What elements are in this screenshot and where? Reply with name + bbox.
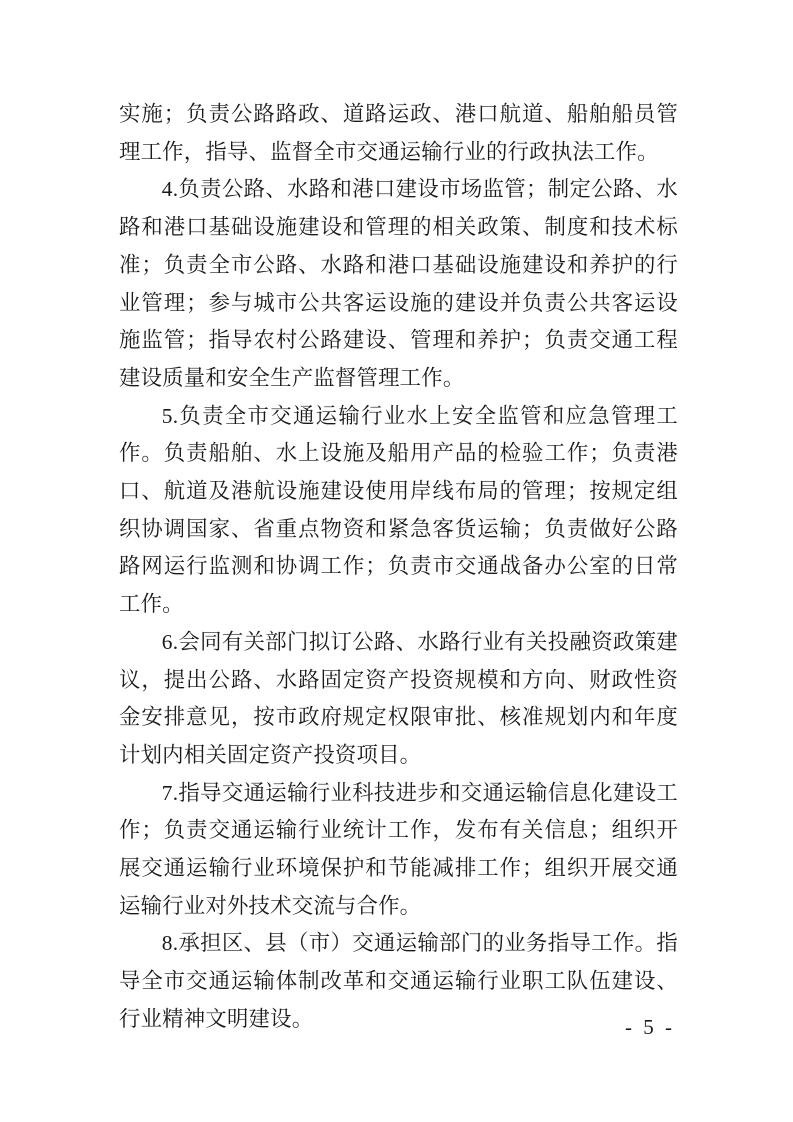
paragraph-duty-8: 8.承担区、县（市）交通运输部门的业务指导工作。指导全市交通运输体制改革和交通运… [119, 925, 678, 1038]
paragraph-duty-5: 5.负责全市交通运输行业水上安全监管和应急管理工作。负责船舶、水上设施及船用产品… [119, 398, 678, 624]
paragraph-continuation: 实施；负责公路路政、道路运政、港口航道、船舶船员管理工作，指导、监督全市交通运输… [119, 96, 678, 171]
page-number: - 5 - [625, 1015, 675, 1039]
document-page: 实施；负责公路路政、道路运政、港口航道、船舶船员管理工作，指导、监督全市交通运输… [0, 0, 793, 1122]
page-body-text: 实施；负责公路路政、道路运政、港口航道、船舶船员管理工作，指导、监督全市交通运输… [119, 96, 678, 1039]
paragraph-duty-7: 7.指导交通运输行业科技进步和交通运输信息化建设工作；负责交通运输行业统计工作，… [119, 775, 678, 926]
paragraph-duty-4: 4.负责公路、水路和港口建设市场监管；制定公路、水路和港口基础设施建设和管理的相… [119, 171, 678, 397]
paragraph-duty-6: 6.会同有关部门拟订公路、水路行业有关投融资政策建议，提出公路、水路固定资产投资… [119, 624, 678, 775]
